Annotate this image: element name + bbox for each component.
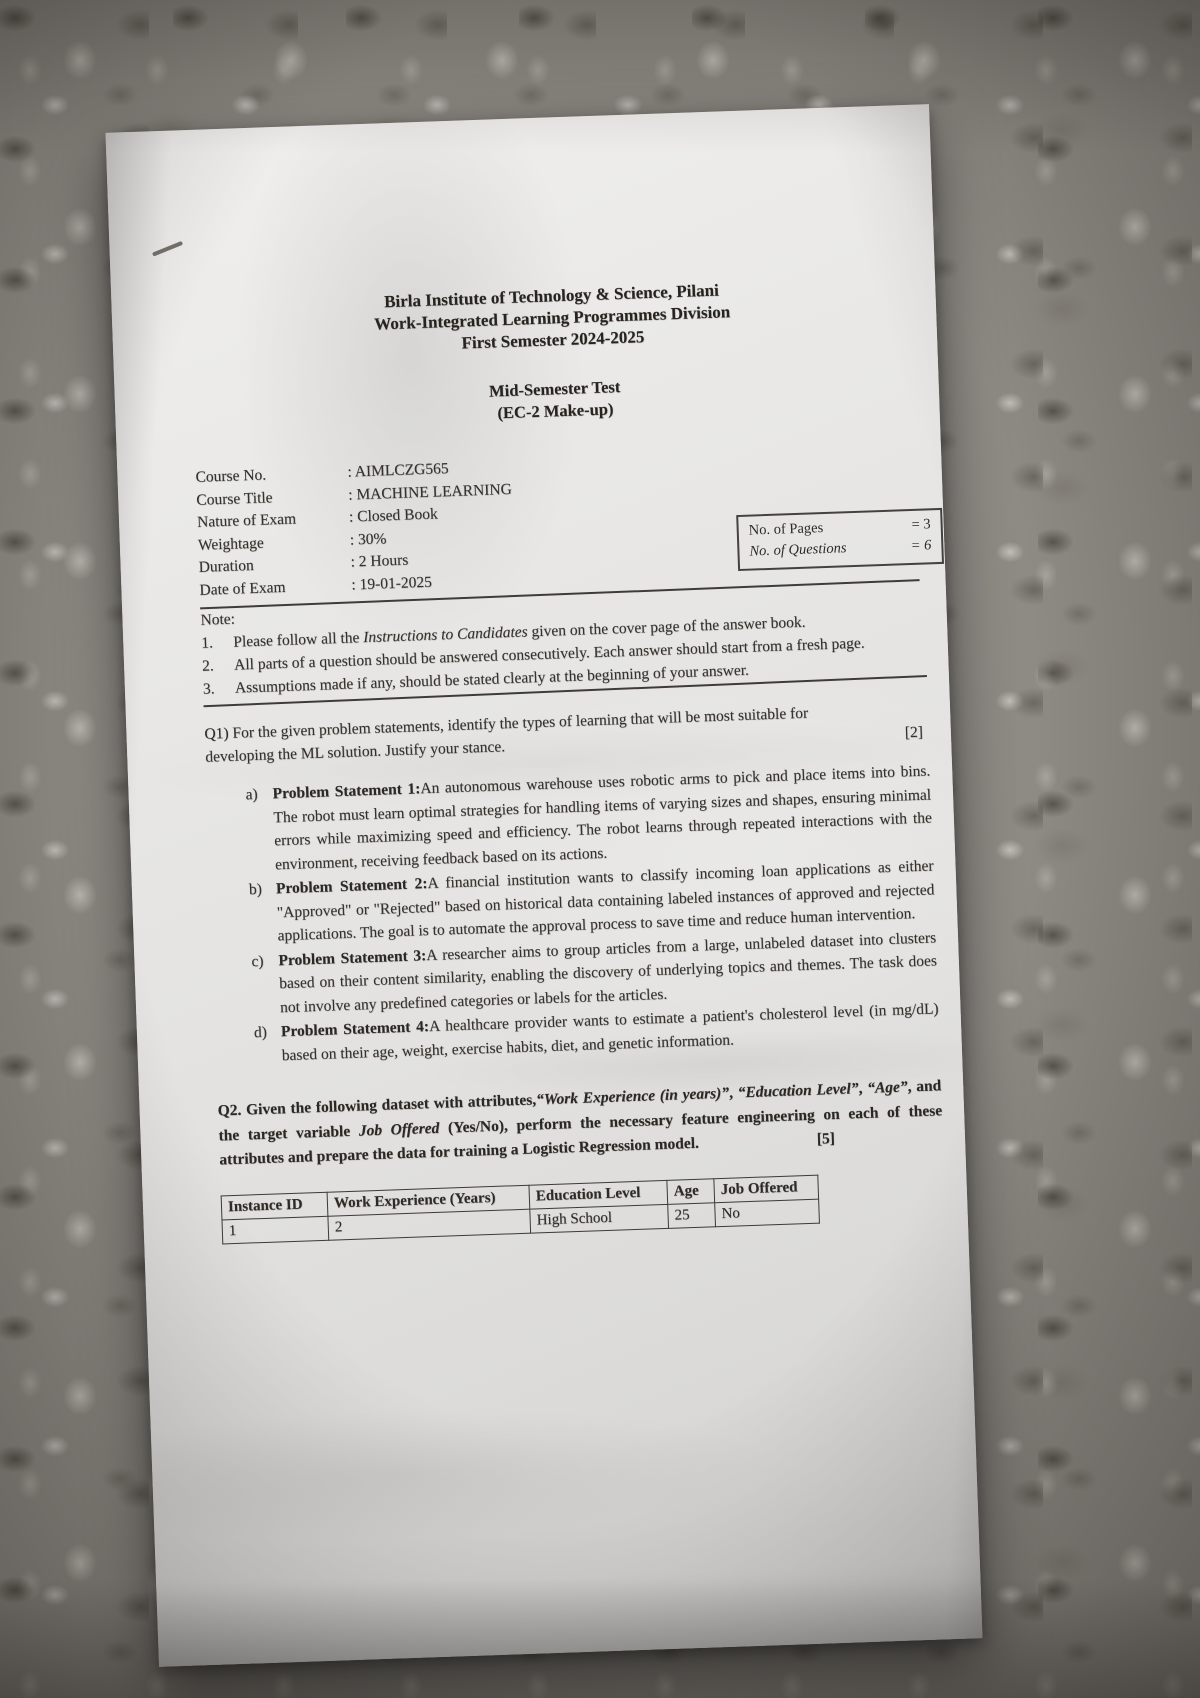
question-2-text: Q2. Given the following dataset with att… xyxy=(217,1091,536,1119)
exam-paper-sheet: Birla Institute of Technology & Science,… xyxy=(105,104,982,1667)
question-1-marks: [2] xyxy=(904,721,923,745)
questions-label: No. of Questions xyxy=(749,538,847,562)
problem-item-lead: Problem Statement 3: xyxy=(278,947,426,969)
meta-value: : 2 Hours xyxy=(350,550,408,575)
cell-job-offered: No xyxy=(715,1199,820,1227)
note-item-number: 1. xyxy=(201,631,234,655)
problem-statement-list: a) Problem Statement 1:An autonomous war… xyxy=(245,759,940,1068)
questions-value: = 6 xyxy=(910,535,931,557)
question-1: Q1) For the given problem statements, id… xyxy=(204,697,929,768)
problem-item-label: c) xyxy=(251,949,280,1020)
col-header-age: Age xyxy=(667,1178,715,1204)
problem-item-lead: Problem Statement 4: xyxy=(281,1018,430,1040)
pages-value: = 3 xyxy=(911,514,931,536)
cell-age: 25 xyxy=(668,1202,716,1228)
question-1-text: For the given problem statements, identi… xyxy=(205,705,808,766)
photo-of-exam-paper: Birla Institute of Technology & Science,… xyxy=(0,0,1200,1698)
pages-questions-box: No. of Pages = 3 No. of Questions = 6 xyxy=(736,508,944,571)
cell-instance-id: 1 xyxy=(222,1216,329,1244)
pages-label: No. of Pages xyxy=(748,518,823,542)
dataset-table: Instance ID Work Experience (Years) Educ… xyxy=(221,1174,820,1244)
note-item-number: 2. xyxy=(202,654,235,678)
question-2-attr-work-experience: “Work Experience (in years)” xyxy=(536,1085,730,1109)
problem-item-lead: Problem Statement 2: xyxy=(276,875,428,897)
meta-label: Date of Exam xyxy=(199,574,352,602)
question-1-prefix: Q1) xyxy=(204,725,229,743)
cell-education-level: High School xyxy=(530,1204,669,1233)
question-2-attr-age: “Age” xyxy=(867,1078,908,1096)
problem-item-label: a) xyxy=(245,782,275,877)
meta-value: : 19-01-2025 xyxy=(351,571,432,596)
note-item-text-italic: Instructions to Candidates xyxy=(363,623,528,646)
col-header-job-offered: Job Offered xyxy=(714,1175,819,1203)
problem-item-lead: Problem Statement 1: xyxy=(272,780,420,802)
test-title-block: Mid-Semester Test (EC-2 Make-up) xyxy=(193,366,918,435)
question-2-attr-education-level: “Education Level” xyxy=(737,1080,859,1101)
note-item-number: 3. xyxy=(203,677,236,701)
problem-item-label: d) xyxy=(254,1020,283,1068)
note-item-text-pre: Please follow all the xyxy=(233,629,364,651)
meta-value: : 30% xyxy=(349,528,386,552)
meta-value: : Closed Book xyxy=(349,503,438,529)
paper-content: Birla Institute of Technology & Science,… xyxy=(105,104,982,1667)
document-header: Birla Institute of Technology & Science,… xyxy=(189,273,915,364)
question-2-target-variable: Job Offered xyxy=(358,1119,439,1139)
problem-item-body: An autonomous warehouse uses robotic arm… xyxy=(273,762,932,872)
question-2-marks: [5] xyxy=(817,1130,836,1148)
question-2: Q2. Given the following dataset with att… xyxy=(217,1074,943,1173)
problem-item-label: b) xyxy=(249,877,278,948)
